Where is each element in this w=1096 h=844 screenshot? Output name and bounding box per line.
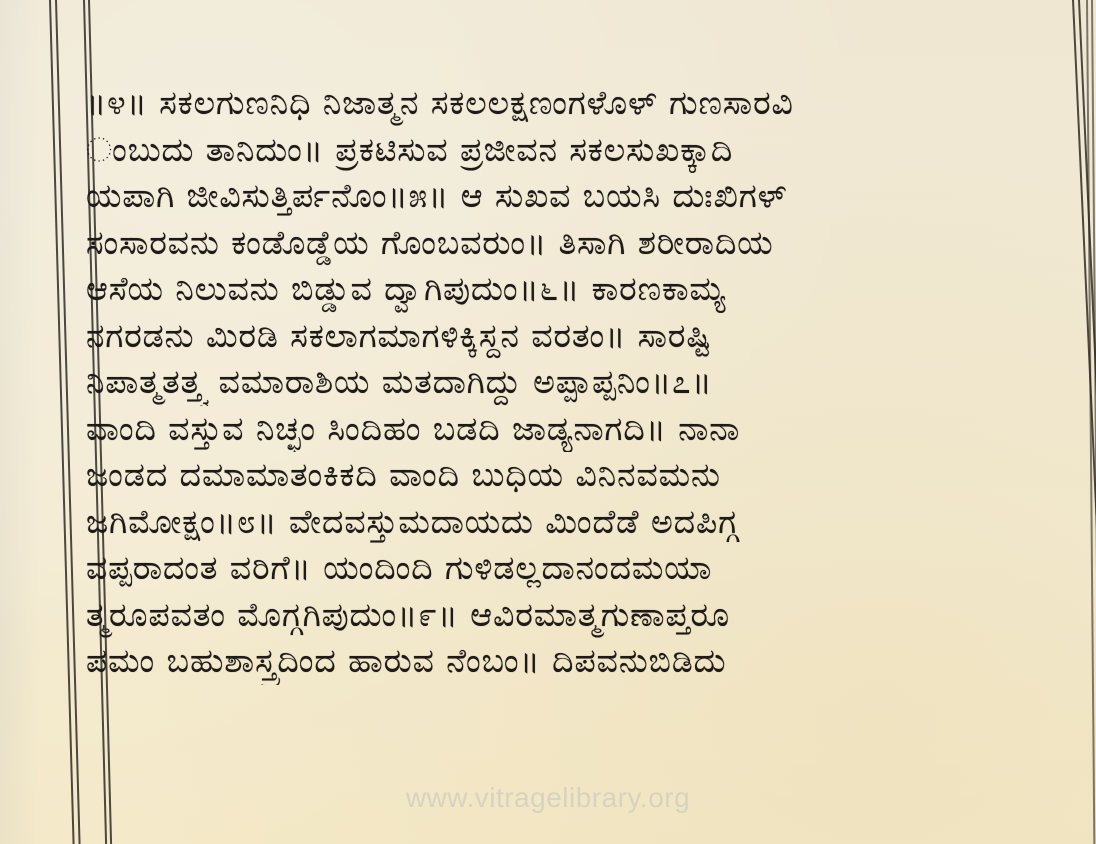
manuscript-line-6: ನಗರಡನು ಮಿರಡಿ ಸಕಲಾಗಮಾಗಳಿಕ್ಕಿಸ್ದನ ವರತಂ॥ ಸಾ… xyxy=(86,313,1071,360)
left-border-rule-outer-1 xyxy=(49,0,75,844)
manuscript-page: ॥೪॥ ಸಕಲಗುಣನಿಧಿ ನಿಜಾತ್ಮನ ಸಕಲಲಕ್ಷಣಂಗಳೊಳ್ ಗ… xyxy=(0,0,1096,844)
manuscript-line-7: ನಿಪಾತ್ಮತತ್ತ್ವ ವಮಾರಾಶಿಯ ಮತದಾಗಿದ್ದು ಅಪ್ಪಾಪ… xyxy=(86,359,1071,406)
manuscript-line-4: ಸಂಸಾರವನು ಕಂಡೊಡ್ಡೆಯ ಗೊಂಬವರುಂ॥ ತಿಸಾಗಿ ಶರೀರ… xyxy=(86,220,1071,267)
manuscript-line-11: ವಪ್ಪರಾದಂತ ವರಿಗೆ॥ ಯಂದಿಂದಿ ಗುಳಿಡಲ್ಲದಾನಂದಮಯ… xyxy=(86,545,1071,592)
manuscript-line-5: ಆಸೆಯ ನಿಲುವನು ಬಿಡ್ಡುವ ದ್ವಾಗಿಪುದುಂ॥೬॥ ಕಾರಣ… xyxy=(86,266,1071,313)
manuscript-line-13: ಪಮಂ ಬಹುಶಾಸ್ತ್ರದಿಂದ ಹಾರುವ ನೆಂಬಂ॥ ದಿಪವನುಬಿ… xyxy=(86,638,1071,685)
watermark: www.vitragelibrary.org xyxy=(0,782,1096,814)
manuscript-line-12: ತ್ಮರೂಪವತಂ ಮೊಗ್ಗಗಿಪುದುಂ॥೯॥ ಆವಿರಮಾತ್ಮಗುಣಾಪ… xyxy=(86,592,1071,639)
manuscript-line-8: ವಾಂದಿ ವಸ್ತುವ ನಿಚ್ಛಂ ಸಿಂದಿಹಂ ಬಡದಿ ಜಾಡ್ಯನಾ… xyxy=(86,406,1071,453)
manuscript-line-10: ಜಗಿಮೋಕ್ಷಂ॥೮॥ ವೇದವಸ್ತುಮದಾಯದು ಮಿಂದೆಡೆ ಅದಪಿ… xyxy=(86,499,1071,546)
manuscript-line-2: ಂಬುದು ತಾನಿದುಂ॥ ಪ್ರಕಟಿಸುವ ಪ್ರಜೀವನ ಸಕಲಸುಖಕ… xyxy=(86,127,1071,174)
manuscript-line-3: ಯಪಾಗಿ ಜೀವಿಸುತ್ತಿರ್ಪನೊಂ॥೫॥ ಆ ಸುಖವ ಬಯಸಿ ದು… xyxy=(86,173,1071,220)
left-border-rule-outer-2 xyxy=(55,0,81,844)
manuscript-line-1: ॥೪॥ ಸಕಲಗುಣನಿಧಿ ನಿಜಾತ್ಮನ ಸಕಲಲಕ್ಷಣಂಗಳೊಳ್ ಗ… xyxy=(86,80,1071,127)
manuscript-text: ॥೪॥ ಸಕಲಗುಣನಿಧಿ ನಿಜಾತ್ಮನ ಸಕಲಲಕ್ಷಣಂಗಳೊಳ್ ಗ… xyxy=(86,80,1071,685)
manuscript-line-9: ಜಂಡದ ದಮಾಮಾತಂಕಿಕದಿ ವಾಂದಿ ಬುಧಿಯ ವಿನಿನವಮನು xyxy=(86,452,1071,499)
